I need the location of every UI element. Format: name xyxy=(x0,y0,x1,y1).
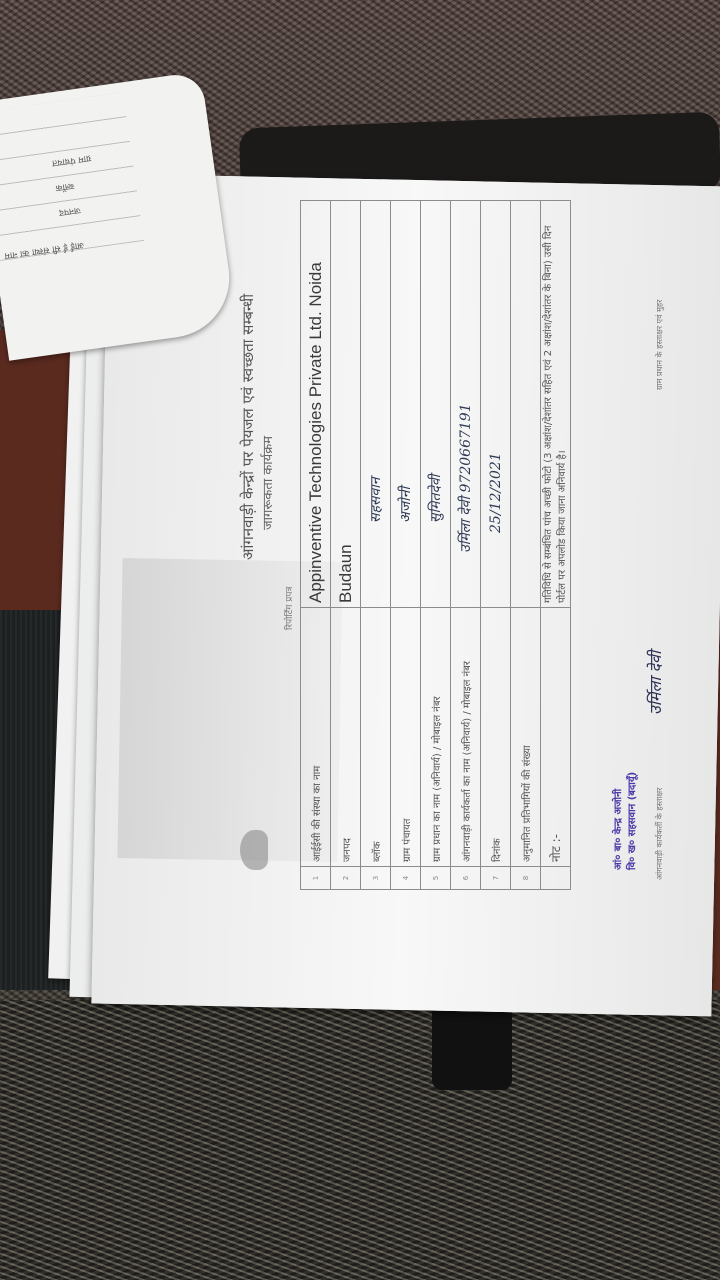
note-label: नोट :- xyxy=(541,608,571,867)
handwritten-value: 25/12/2021 xyxy=(488,452,504,533)
form-title-sub: जागरूकता कार्यक्रम xyxy=(258,436,276,530)
worker-signature: उर्मिला देवी xyxy=(644,651,666,715)
row-label: आईईसी की संस्था का नाम xyxy=(301,608,331,867)
row-value: उर्मिला देवी 9720667191 xyxy=(451,201,481,608)
curled-paper-line: ब्लॉक xyxy=(55,180,75,195)
curled-paper: आई ई सी संस्था का नाम जनपद ब्लॉक ग्राम प… xyxy=(0,71,237,360)
row-value: सुमितदेवी xyxy=(421,201,451,608)
row-number: 8 xyxy=(511,867,541,890)
row-label: जनपद xyxy=(331,608,361,867)
zipper-pull xyxy=(432,1000,512,1090)
form-row: 4ग्राम पंचायतअजोनी xyxy=(391,201,421,890)
row-value: Appinventive Technologies Private Ltd. N… xyxy=(301,201,331,608)
form-row: 3ब्लॉकसहसवान xyxy=(361,201,391,890)
form: आंगनवाड़ी केन्द्रों पर पेयजल एवं स्वच्छत… xyxy=(230,200,670,890)
form-row: 6आंगनवाड़ी कार्यकर्ता का नाम (अनिवार्य) … xyxy=(451,201,481,890)
printed-value: Appinventive Technologies Private Ltd. N… xyxy=(306,262,325,603)
handwritten-value: अजोनी xyxy=(398,487,414,523)
row-label: आंगनवाड़ी कार्यकर्ता का नाम (अनिवार्य) /… xyxy=(451,608,481,867)
stamp-line: आं० बा० केन्द्र अजोनी xyxy=(612,772,626,870)
logo-icon xyxy=(240,830,268,870)
note-text: गतिविधि से सम्बंधित पांच अच्छी फोटो (3 अ… xyxy=(541,201,571,608)
stamp: आं० बा० केन्द्र अजोनी वि० ख० सहसवान (बदा… xyxy=(612,772,640,870)
form-table: 1आईईसी की संस्था का नामAppinventive Tech… xyxy=(300,200,571,890)
row-label: ग्राम पंचायत xyxy=(391,608,421,867)
note-row: नोट :- गतिविधि से सम्बंधित पांच अच्छी फो… xyxy=(541,201,571,890)
curled-paper-lines xyxy=(0,92,144,261)
row-number: 1 xyxy=(301,867,331,890)
form-title: आंगनवाड़ी केन्द्रों पर पेयजल एवं स्वच्छत… xyxy=(238,294,258,560)
row-number: 7 xyxy=(481,867,511,890)
form-row: 5ग्राम प्रधान का नाम (अनिवार्य) / मोबाइल… xyxy=(421,201,451,890)
row-value xyxy=(511,201,541,608)
row-label: अनुमानित प्रतिभागियों की संख्या xyxy=(511,608,541,867)
row-value: Budaun xyxy=(331,201,361,608)
form-row: 1आईईसी की संस्था का नामAppinventive Tech… xyxy=(301,201,331,890)
row-number: 2 xyxy=(331,867,361,890)
form-rotated-container: आंगनवाड़ी केन्द्रों पर पेयजल एवं स्वच्छत… xyxy=(230,200,670,890)
row-number: 4 xyxy=(391,867,421,890)
row-number: 5 xyxy=(421,867,451,890)
form-subtitle: रिपोर्टिंग प्रपत्र xyxy=(282,587,295,630)
row-number xyxy=(541,867,571,890)
handwritten-value: सहसवान xyxy=(368,477,384,523)
worker-signature-label: आंगनवाड़ी कार्यकर्ती के हस्ताक्षर xyxy=(654,788,665,880)
form-row: 7दिनांक25/12/2021 xyxy=(481,201,511,890)
handwritten-value: उर्मिला देवी 9720667191 xyxy=(458,403,474,553)
carpet-bottom xyxy=(0,1000,720,1280)
row-value: अजोनी xyxy=(391,201,421,608)
row-value: 25/12/2021 xyxy=(481,201,511,608)
row-label: ग्राम प्रधान का नाम (अनिवार्य) / मोबाइल … xyxy=(421,608,451,867)
signature-area: आं० बा० केन्द्र अजोनी वि० ख० सहसवान (बदा… xyxy=(610,200,670,890)
row-label: ब्लॉक xyxy=(361,608,391,867)
stamp-line: वि० ख० सहसवान (बदायूँ) xyxy=(626,772,640,870)
printed-value: Budaun xyxy=(336,544,355,603)
form-row: 8अनुमानित प्रतिभागियों की संख्या xyxy=(511,201,541,890)
row-value: सहसवान xyxy=(361,201,391,608)
row-label: दिनांक xyxy=(481,608,511,867)
handwritten-value: सुमितदेवी xyxy=(428,475,444,523)
form-row: 2जनपदBudaun xyxy=(331,201,361,890)
row-number: 6 xyxy=(451,867,481,890)
pradhan-signature-label: ग्राम प्रधान के हस्ताक्षर एवं मुहर xyxy=(654,300,665,390)
row-number: 3 xyxy=(361,867,391,890)
